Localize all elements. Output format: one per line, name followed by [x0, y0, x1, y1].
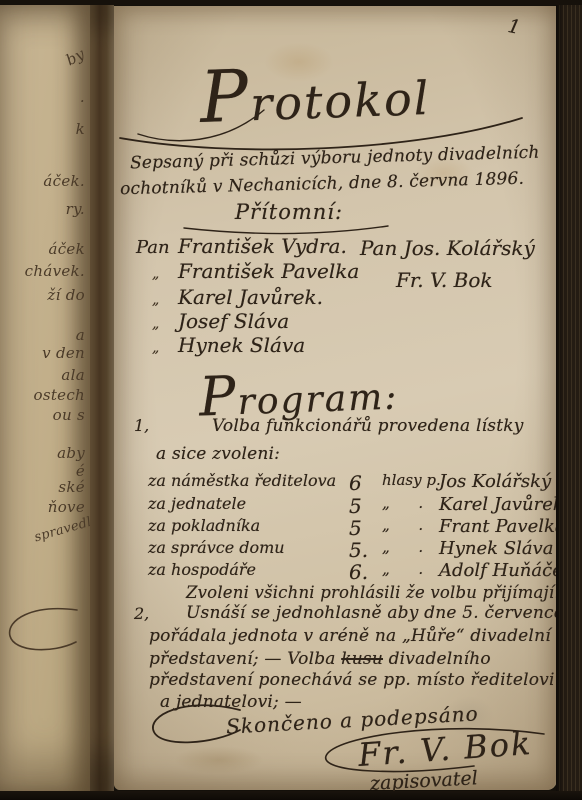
vote-office: za jednatele [148, 494, 246, 513]
item2-line-1: Usnáší se jednohlasně aby dne 5. červenc… [186, 603, 564, 623]
vote-name: Karel Javůrek [439, 494, 564, 515]
vote-count: 5 [349, 516, 362, 540]
item2-line-5: a jednatelovi; — [160, 692, 302, 712]
attendee-name: Pan Jos. Kolářský [360, 236, 535, 260]
prev-page-flourish [2, 602, 82, 662]
attendee-row: „Karel Javůrek. [152, 285, 323, 309]
item2-line-3: představení; — Volba kusu divadelního [149, 649, 491, 669]
prev-page-fragment: áček [48, 240, 85, 258]
item2-line-3-pre: představení; — Volba [149, 649, 341, 669]
paper-stain [174, 746, 264, 774]
prev-page-fragment: k [76, 120, 85, 138]
vote-unit: „ . [382, 494, 423, 512]
book-bottom-edge [0, 791, 582, 800]
ditto-mark: „ [152, 266, 178, 282]
vote-unit: „ . [382, 538, 423, 556]
prev-page-fragment: ou s [53, 406, 85, 424]
book-gutter [90, 4, 114, 794]
vote-office: za správce domu [148, 538, 285, 557]
signature-name: Fr. V. Bok [357, 724, 534, 774]
vote-count: 5. [349, 538, 368, 562]
vote-unit: „ . [382, 516, 423, 534]
prev-page-fragment: ňove [48, 498, 85, 516]
prev-page-fragment: chávek. [25, 262, 85, 280]
ditto-mark: „ [152, 340, 178, 356]
vote-count: 5 [349, 494, 362, 518]
attendee-name: František Vydra. [178, 234, 347, 258]
prev-page-fragment: by [63, 45, 88, 70]
item-number: 2, [134, 604, 149, 623]
intro-line-1: Sepsaný při schůzi výboru jednoty divade… [130, 143, 540, 174]
page-number: 1 [506, 15, 522, 39]
vote-unit: hlasy p. [382, 471, 441, 489]
prev-page-fragment: aby [57, 444, 85, 462]
prev-page-fragment: ží do [47, 286, 85, 304]
attendee-name: Karel Javůrek. [178, 285, 323, 309]
attendee-prefix: Pan [136, 237, 178, 258]
prev-page-fragment: a [76, 326, 85, 344]
prev-page-fragment: ské [58, 478, 85, 496]
prev-page-fragment: v den [42, 344, 85, 362]
previous-page: by . k áček. ry. áček chávek. ží do a v … [0, 4, 90, 792]
ditto-mark: „ [152, 292, 178, 308]
intro-line-2: ochotníků v Nechanicích, dne 8. června 1… [120, 169, 525, 200]
vote-name: Adolf Huňáček [439, 560, 574, 581]
attendee-row: „Josef Sláva [152, 309, 289, 333]
book-top-edge [0, 0, 582, 5]
attendee-name: František Pavelka [178, 259, 359, 283]
attendee-row: PanFrantišek Vydra. [136, 234, 347, 258]
attendee-row: „Hynek Sláva [152, 333, 305, 357]
vote-name: Jos Kolářský [439, 471, 551, 492]
attendee-name: Josef Sláva [178, 309, 289, 333]
vote-office: za náměstka ředitelova [148, 471, 336, 490]
attendee-row: „František Pavelka [152, 259, 359, 283]
vote-count: 6 [349, 471, 362, 495]
prev-page-fragment: ry. [66, 200, 85, 218]
item2-line-3-post: divadelního [383, 649, 491, 669]
vote-name: Frant Pavelka [439, 516, 566, 537]
ditto-mark: „ [152, 316, 178, 332]
item-number: 1, [134, 416, 149, 435]
item1-line-1: Volba funkcionářů provedena lístky [212, 416, 524, 436]
document-page: 1 Protokol Sepsaný při schůzi výboru jed… [114, 6, 557, 790]
vote-count: 6. [349, 560, 368, 584]
vote-name: Hynek Sláva [439, 538, 553, 559]
prev-page-fragment: ostech [34, 386, 86, 404]
book-page-stack [556, 0, 582, 800]
struck-word: kusu [341, 649, 383, 669]
prev-page-fragment: ala [61, 366, 85, 384]
attendee-name: Fr. V. Bok [396, 268, 492, 292]
item2-line-2: pořádala jednota v aréně na „Hůře“ divad… [149, 626, 551, 646]
item1-line-2: a sice zvoleni: [156, 444, 280, 464]
page-title: Protokol [159, 47, 472, 141]
vote-office: za hospodáře [148, 560, 256, 579]
photo-frame: by . k áček. ry. áček chávek. ží do a v … [0, 0, 582, 800]
item1-conclusion: Zvoleni všichni prohlásili že volbu přij… [186, 583, 560, 602]
attendee-name: Hynek Sláva [178, 333, 305, 357]
vote-unit: „ . [382, 560, 423, 578]
prev-page-fragment: áček. [43, 172, 85, 190]
prev-page-fragment: . [80, 88, 85, 106]
item2-line-4: představení ponechává se pp. místo ředit… [149, 670, 555, 690]
vote-office: za pokladníka [148, 516, 260, 535]
attendees-heading: Přítomní: [194, 200, 384, 224]
